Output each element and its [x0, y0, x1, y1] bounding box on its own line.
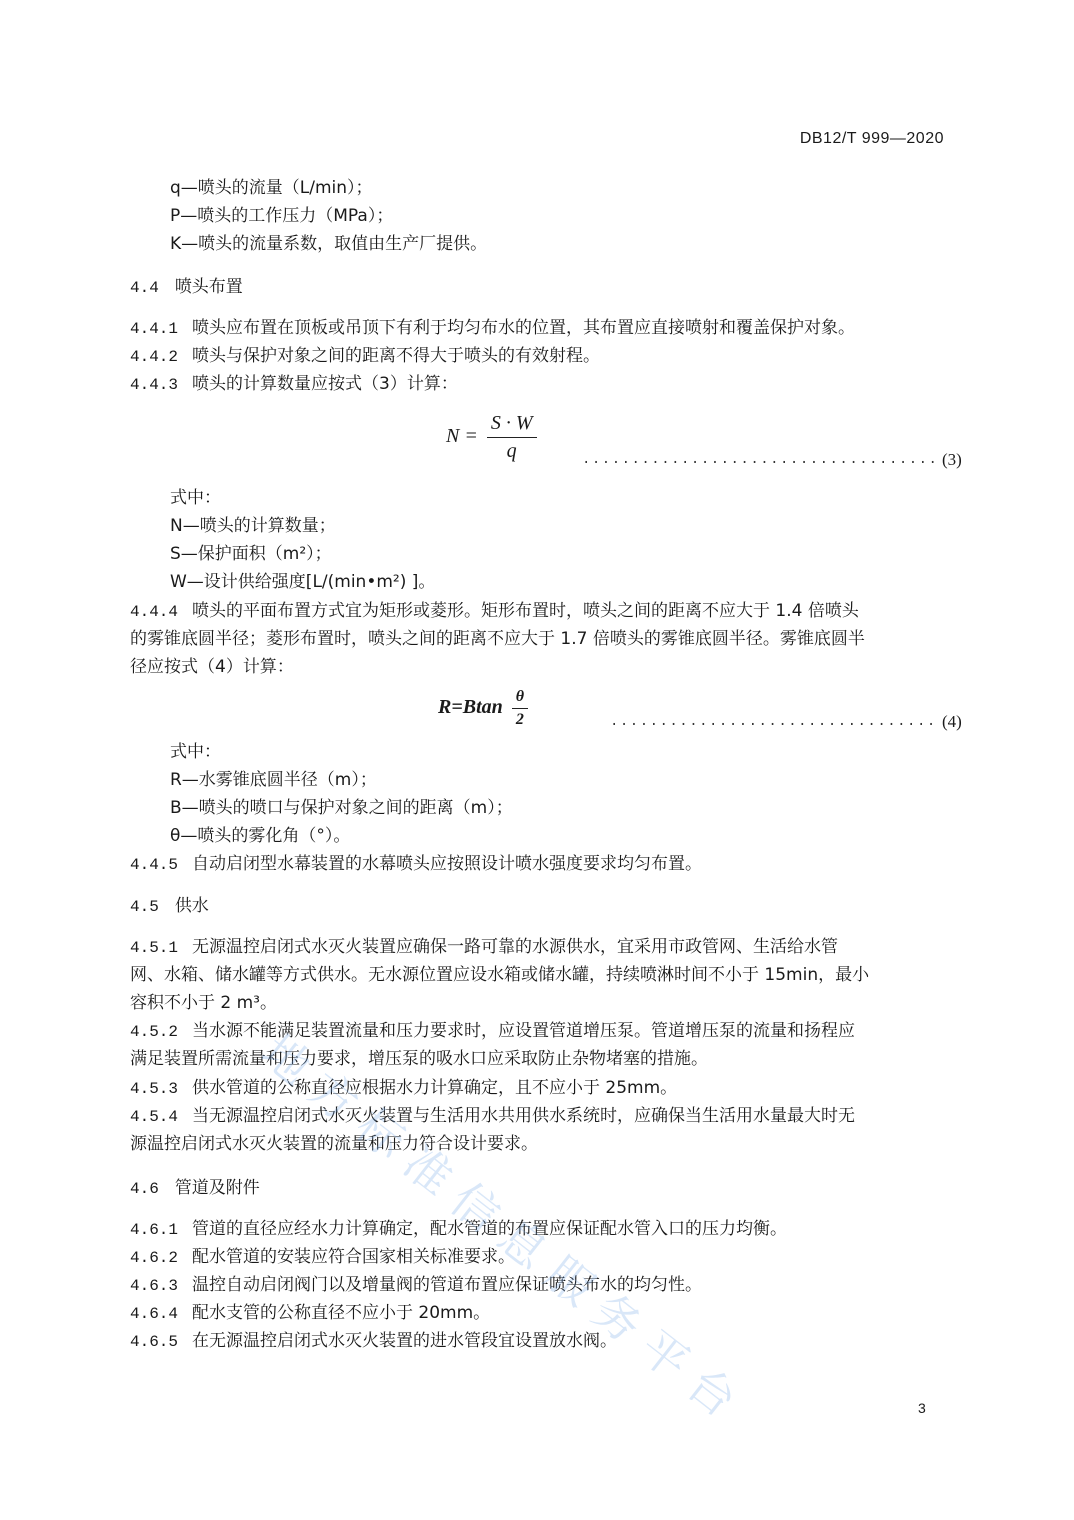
- clause-text: 温控自动启闭阀门以及增量阀的管道布置应保证喷头布水的均匀性。: [192, 1275, 702, 1295]
- section-number: 4.4: [130, 277, 159, 299]
- definition-w: W—设计供给强度[L/(min•m²) ]。: [170, 571, 435, 593]
- definition-theta: θ—喷头的雾化角（°）。: [170, 825, 350, 847]
- clause-4-5-2-line1: 4.5.2当水源不能满足装置流量和压力要求时，应设置管道增压泵。管道增压泵的流量…: [130, 1020, 855, 1043]
- clause-text: 喷头的计算数量应按式（3）计算：: [192, 374, 458, 394]
- definition-b: B—喷头的喷口与保护对象之间的距离（m）；: [170, 797, 513, 819]
- clause-number: 4.5.1: [130, 937, 178, 959]
- definition-q: q—喷头的流量（L/min）；: [170, 177, 373, 199]
- clause-number: 4.6.4: [130, 1303, 178, 1325]
- formula-fraction: S · W q: [487, 412, 537, 463]
- clause-text: 当水源不能满足装置流量和压力要求时，应设置管道增压泵。管道增压泵的流量和扬程应: [192, 1021, 855, 1041]
- clause-4-6-3: 4.6.3温控自动启闭阀门以及增量阀的管道布置应保证喷头布水的均匀性。: [130, 1274, 702, 1297]
- formula-denominator: 2: [512, 709, 528, 729]
- formula-numerator: S · W: [487, 412, 537, 438]
- section-number: 4.6: [130, 1178, 159, 1200]
- clause-number: 4.5.2: [130, 1021, 178, 1043]
- equation-number-3: (3): [942, 450, 962, 470]
- clause-text: 喷头应布置在顶板或吊顶下有利于均匀布水的位置，其布置应直接喷射和覆盖保护对象。: [192, 318, 855, 338]
- clause-number: 4.5.3: [130, 1078, 178, 1100]
- clause-4-6-4: 4.6.4配水支管的公称直径不应小于 20mm。: [130, 1302, 490, 1325]
- clause-number: 4.6.5: [130, 1331, 178, 1353]
- clause-4-6-5: 4.6.5在无源温控启闭式水灭火装置的进水管段宜设置放水阀。: [130, 1330, 617, 1353]
- clause-4-6-2: 4.6.2配水管道的安装应符合国家相关标准要求。: [130, 1246, 515, 1269]
- clause-number: 4.6.1: [130, 1219, 178, 1241]
- formula-lhs: R=Btan: [438, 696, 503, 718]
- section-title: 喷头布置: [175, 277, 243, 297]
- clause-text: 供水管道的公称直径应根据水力计算确定，且不应小于 25mm。: [192, 1078, 677, 1098]
- clause-number: 4.5.4: [130, 1106, 178, 1128]
- formula-3: N = S · W q: [446, 412, 537, 463]
- leader-dots: .................................: [610, 714, 937, 730]
- clause-4-5-1-line2: 网、水箱、储水罐等方式供水。无水源位置应设水箱或储水罐，持续喷淋时间不小于 15…: [130, 964, 869, 986]
- definition-k: K—喷头的流量系数，取值由生产厂提供。: [170, 233, 487, 255]
- clause-number: 4.4.1: [130, 318, 178, 340]
- clause-4-5-3: 4.5.3供水管道的公称直径应根据水力计算确定，且不应小于 25mm。: [130, 1077, 677, 1100]
- section-heading-4-5: 4.5供水: [130, 895, 209, 918]
- clause-text: 自动启闭型水幕装置的水幕喷头应按照设计喷水强度要求均匀布置。: [192, 854, 702, 874]
- clause-4-5-4-line1: 4.5.4当无源温控启闭式水灭火装置与生活用水共用供水系统时，应确保当生活用水量…: [130, 1105, 855, 1128]
- clause-number: 4.4.5: [130, 854, 178, 876]
- clause-4-4-2: 4.4.2喷头与保护对象之间的距离不得大于喷头的有效射程。: [130, 345, 600, 368]
- clause-number: 4.6.2: [130, 1247, 178, 1269]
- definition-n: N—喷头的计算数量；: [170, 515, 336, 537]
- definition-r: R—水雾锥底圆半径（m）；: [170, 769, 377, 791]
- clause-4-4-4-line2: 的雾锥底圆半径；菱形布置时，喷头之间的距离不应大于 1.7 倍喷头的雾锥底圆半径…: [130, 628, 865, 650]
- clause-4-4-5: 4.4.5自动启闭型水幕装置的水幕喷头应按照设计喷水强度要求均匀布置。: [130, 853, 702, 876]
- clause-4-4-3: 4.4.3喷头的计算数量应按式（3）计算：: [130, 373, 458, 396]
- clause-4-4-1: 4.4.1喷头应布置在顶板或吊顶下有利于均匀布水的位置，其布置应直接喷射和覆盖保…: [130, 317, 855, 340]
- section-heading-4-6: 4.6管道及附件: [130, 1177, 260, 1200]
- leader-dots: ....................................: [582, 452, 938, 468]
- where-label: 式中：: [170, 487, 221, 509]
- clause-text: 在无源温控启闭式水灭火装置的进水管段宜设置放水阀。: [192, 1331, 617, 1351]
- formula-denominator: q: [487, 438, 537, 463]
- document-page: DB12/T 999—2020 q—喷头的流量（L/min）； P—喷头的工作压…: [0, 0, 1074, 1520]
- section-number: 4.5: [130, 896, 159, 918]
- clause-number: 4.4.3: [130, 374, 178, 396]
- section-heading-4-4: 4.4喷头布置: [130, 276, 243, 299]
- clause-text: 喷头与保护对象之间的距离不得大于喷头的有效射程。: [192, 346, 600, 366]
- clause-text: 管道的直径应经水力计算确定，配水管道的布置应保证配水管入口的压力均衡。: [192, 1219, 787, 1239]
- formula-fraction: θ 2: [512, 688, 528, 729]
- formula-numerator: θ: [512, 688, 528, 709]
- clause-text: 无源温控启闭式水灭火装置应确保一路可靠的水源供水，宜采用市政管网、生活给水管: [192, 937, 838, 957]
- clause-4-5-2-line2: 满足装置所需流量和压力要求，增压泵的吸水口应采取防止杂物堵塞的措施。: [130, 1048, 708, 1070]
- formula-lhs: N =: [446, 425, 478, 447]
- section-title: 供水: [175, 896, 209, 916]
- clause-4-6-1: 4.6.1管道的直径应经水力计算确定，配水管道的布置应保证配水管入口的压力均衡。: [130, 1218, 787, 1241]
- clause-4-5-1-line3: 容积不小于 2 m³。: [130, 992, 277, 1014]
- clause-text: 配水管道的安装应符合国家相关标准要求。: [192, 1247, 515, 1267]
- page-number: 3: [918, 1400, 926, 1416]
- clause-text: 配水支管的公称直径不应小于 20mm。: [192, 1303, 490, 1323]
- clause-number: 4.4.2: [130, 346, 178, 368]
- definition-s: S—保护面积（m²）；: [170, 543, 332, 565]
- clause-text: 喷头的平面布置方式宜为矩形或菱形。矩形布置时，喷头之间的距离不应大于 1.4 倍…: [192, 601, 859, 621]
- clause-4-5-1-line1: 4.5.1无源温控启闭式水灭火装置应确保一路可靠的水源供水，宜采用市政管网、生活…: [130, 936, 838, 959]
- clause-4-5-4-line2: 源温控启闭式水灭火装置的流量和压力符合设计要求。: [130, 1133, 538, 1155]
- clause-number: 4.4.4: [130, 601, 178, 623]
- equation-number-4: (4): [942, 712, 962, 732]
- definition-p: P—喷头的工作压力（MPa）；: [170, 205, 393, 227]
- section-title: 管道及附件: [175, 1178, 260, 1198]
- clause-4-4-4-line1: 4.4.4喷头的平面布置方式宜为矩形或菱形。矩形布置时，喷头之间的距离不应大于 …: [130, 600, 859, 623]
- clause-text: 当无源温控启闭式水灭火装置与生活用水共用供水系统时，应确保当生活用水量最大时无: [192, 1106, 855, 1126]
- clause-number: 4.6.3: [130, 1275, 178, 1297]
- clause-4-4-4-line3: 径应按式（4）计算：: [130, 656, 294, 678]
- where-label: 式中：: [170, 741, 221, 763]
- standard-code: DB12/T 999—2020: [800, 130, 944, 148]
- formula-4: R=Btan θ 2: [438, 688, 528, 729]
